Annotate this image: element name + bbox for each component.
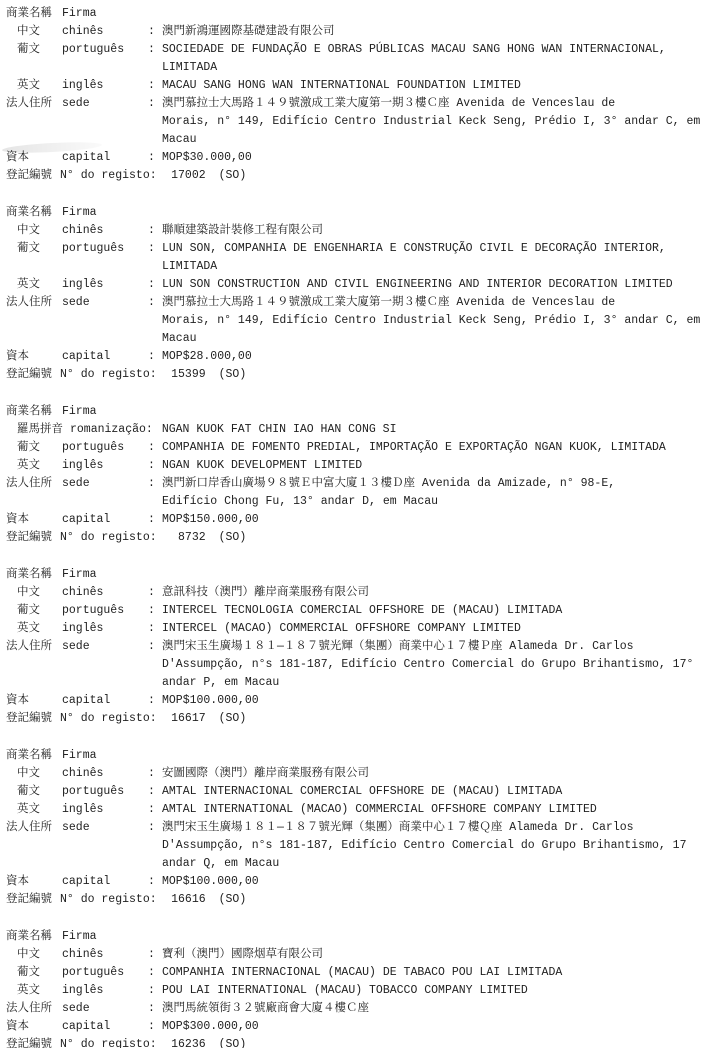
field-label-zh: 英文 — [6, 982, 62, 1000]
field-portuguese-name: 葡文português:LUN SON, COMPANHIA DE ENGENH… — [6, 240, 722, 276]
field-english-name: 英文inglês:NGAN KUOK DEVELOPMENT LIMITED — [6, 457, 722, 475]
field-label-pt: capital — [62, 348, 148, 366]
field-label-pt: capital — [62, 149, 148, 167]
field-label-zh: 法人住所 — [6, 294, 62, 312]
field-value: MACAU SANG HONG WAN INTERNATIONAL FOUNDA… — [162, 77, 722, 95]
field-value: 澳門宋玉生廣場１８１—１８７號光輝（集團）商業中心１７樓Ｑ座 Alameda D… — [162, 819, 722, 873]
field-value-line: Morais, n° 149, Edifício Centro Industri… — [162, 113, 722, 131]
field-label-zh: 資本 — [6, 511, 62, 529]
field-value: MOP$100.000,00 — [162, 873, 722, 891]
registration-number: 8732 — [166, 529, 206, 547]
field-colon: : — [148, 222, 162, 240]
field-value: 意訊科技（澳門）離岸商業服務有限公司 — [162, 584, 722, 602]
field-value-line: Macau — [162, 131, 722, 149]
field-value-line: AMTAL INTERNACIONAL COMERCIAL OFFSHORE D… — [162, 783, 722, 801]
field-label-zh: 法人住所 — [6, 95, 62, 113]
field-colon: : — [148, 23, 162, 41]
field-label-pt: sede — [62, 1000, 148, 1018]
field-value-line: Morais, n° 149, Edifício Centro Industri… — [162, 312, 722, 330]
field-registered-office: 法人住所sede:澳門宋玉生廣場１８１—１８７號光輝（集團）商業中心１７樓Ｑ座 … — [6, 819, 722, 873]
field-label-pt: português — [62, 240, 148, 258]
registration-label-zh: 登記編號 — [6, 891, 52, 909]
field-label-zh: 資本 — [6, 692, 62, 710]
field-value: MOP$28.000,00 — [162, 348, 722, 366]
field-label-zh: 葡文 — [6, 439, 62, 457]
field-value-line: andar P, em Macau — [162, 674, 722, 692]
field-value: INTERCEL (MACAO) COMMERCIAL OFFSHORE COM… — [162, 620, 722, 638]
field-label-zh: 法人住所 — [6, 1000, 62, 1018]
field-label-pt: capital — [62, 511, 148, 529]
registration-label-zh: 登記編號 — [6, 167, 52, 185]
firm-header-row: 商業名稱 Firma — [6, 928, 722, 946]
field-colon: : — [148, 41, 162, 59]
field-value-line: MOP$100.000,00 — [162, 692, 722, 710]
field-value: 澳門宋玉生廣場１８１—１８７號光輝（集團）商業中心１７樓Ｐ座 Alameda D… — [162, 638, 722, 692]
field-label-zh: 資本 — [6, 348, 62, 366]
field-value: COMPANHIA INTERNACIONAL (MACAU) DE TABAC… — [162, 964, 722, 982]
field-label-zh: 葡文 — [6, 964, 62, 982]
field-label-pt: sede — [62, 475, 148, 493]
field-label-pt: chinês — [62, 946, 148, 964]
field-value-line: NGAN KUOK FAT CHIN IAO HAN CONG SI — [162, 421, 397, 439]
field-label-pt: inglês — [62, 620, 148, 638]
field-value-line: 澳門慕拉士大馬路１４９號激成工業大廈第一期３樓Ｃ座 Avenida de Ven… — [162, 294, 722, 312]
field-label-pt: inglês — [62, 77, 148, 95]
firm-label-zh: 商業名稱 — [6, 403, 62, 421]
field-label-pt: chinês — [62, 765, 148, 783]
firm-label-pt: Firma — [62, 928, 148, 946]
field-value-line: COMPANHIA DE FOMENTO PREDIAL, IMPORTAÇÃO… — [162, 439, 722, 457]
field-colon: : — [148, 819, 162, 837]
field-label-zh: 羅馬拼音 — [6, 421, 63, 439]
firm-header-row: 商業名稱 Firma — [6, 747, 722, 765]
field-colon: : — [148, 602, 162, 620]
field-label-pt: capital — [62, 873, 148, 891]
field-colon: : — [148, 692, 162, 710]
field-label-zh: 資本 — [6, 149, 62, 167]
firm-label-zh: 商業名稱 — [6, 5, 62, 23]
field-colon: : — [148, 584, 162, 602]
field-value: COMPANHIA DE FOMENTO PREDIAL, IMPORTAÇÃO… — [162, 439, 722, 457]
field-english-name: 英文inglês:MACAU SANG HONG WAN INTERNATION… — [6, 77, 722, 95]
field-romanization: 羅馬拼音romanização:NGAN KUOK FAT CHIN IAO H… — [6, 421, 722, 439]
registration-label-zh: 登記編號 — [6, 366, 52, 384]
field-colon: : — [148, 638, 162, 656]
field-label-pt: português — [62, 783, 148, 801]
field-label-pt: sede — [62, 294, 148, 312]
field-label-pt: inglês — [62, 457, 148, 475]
registration-label-pt: N° do registo: — [60, 710, 157, 728]
field-capital: 資本capital:MOP$100.000,00 — [6, 692, 722, 710]
field-value-line: LUN SON, COMPANHIA DE ENGENHARIA E CONST… — [162, 240, 722, 258]
registration-label-pt: N° do registo: — [60, 366, 157, 384]
field-colon: : — [148, 77, 162, 95]
field-value: LUN SON CONSTRUCTION AND CIVIL ENGINEERI… — [162, 276, 722, 294]
field-colon: : — [148, 149, 162, 167]
firm-label-zh: 商業名稱 — [6, 747, 62, 765]
field-chinese-name: 中文chinês:澳門新鴻運國際基礎建設有限公司 — [6, 23, 722, 41]
field-value: 澳門新口岸香山廣場９８號Ｅ中富大廈１３樓Ｄ座 Avenida da Amizad… — [162, 475, 722, 511]
registration-number: 16236 — [166, 1036, 206, 1048]
field-label-zh: 資本 — [6, 1018, 62, 1036]
field-chinese-name: 中文chinês:寶利（澳門）國際烟草有限公司 — [6, 946, 722, 964]
field-value: MOP$30.000,00 — [162, 149, 722, 167]
field-label-pt: capital — [62, 692, 148, 710]
field-label-pt: português — [62, 439, 148, 457]
field-value: LUN SON, COMPANHIA DE ENGENHARIA E CONST… — [162, 240, 722, 276]
field-english-name: 英文inglês:LUN SON CONSTRUCTION AND CIVIL … — [6, 276, 722, 294]
field-value: MOP$150.000,00 — [162, 511, 722, 529]
field-value-line: MOP$100.000,00 — [162, 873, 722, 891]
field-colon: : — [148, 801, 162, 819]
field-value-line: NGAN KUOK DEVELOPMENT LIMITED — [162, 457, 722, 475]
registration-suffix: (SO) — [219, 167, 247, 185]
field-value-line: 聯順建築設計裝修工程有限公司 — [162, 222, 722, 240]
field-registration-number: 登記編號N° do registo:17002(SO) — [6, 167, 722, 185]
firm-header-row: 商業名稱 Firma — [6, 403, 722, 421]
field-value: 聯順建築設計裝修工程有限公司 — [162, 222, 722, 240]
field-value: MOP$100.000,00 — [162, 692, 722, 710]
field-label-pt: romanização: — [70, 421, 153, 439]
field-label-zh: 法人住所 — [6, 475, 62, 493]
field-label-zh: 法人住所 — [6, 819, 62, 837]
firm-label-pt: Firma — [62, 403, 148, 421]
field-registered-office: 法人住所sede:澳門慕拉士大馬路１４９號激成工業大廈第一期３樓Ｃ座 Aveni… — [6, 95, 722, 149]
field-value: 澳門慕拉士大馬路１４９號激成工業大廈第一期３樓Ｃ座 Avenida de Ven… — [162, 95, 722, 149]
company-entries: 商業名稱 Firma 中文chinês:澳門新鴻運國際基礎建設有限公司葡文por… — [6, 5, 722, 1048]
field-value: NGAN KUOK FAT CHIN IAO HAN CONG SI — [162, 421, 397, 439]
firm-label-pt: Firma — [62, 204, 148, 222]
field-colon: : — [148, 457, 162, 475]
field-value-line: INTERCEL (MACAO) COMMERCIAL OFFSHORE COM… — [162, 620, 722, 638]
field-colon: : — [148, 240, 162, 258]
registration-label-zh: 登記編號 — [6, 529, 52, 547]
field-label-zh: 資本 — [6, 873, 62, 891]
field-label-zh: 英文 — [6, 620, 62, 638]
registration-suffix: (SO) — [219, 710, 247, 728]
firm-header-row: 商業名稱 Firma — [6, 566, 722, 584]
field-registered-office: 法人住所sede:澳門宋玉生廣場１８１—１８７號光輝（集團）商業中心１７樓Ｐ座 … — [6, 638, 722, 692]
field-value-line: MACAU SANG HONG WAN INTERNATIONAL FOUNDA… — [162, 77, 722, 95]
field-value: POU LAI INTERNATIONAL (MACAU) TOBACCO CO… — [162, 982, 722, 1000]
field-value-line: Macau — [162, 330, 722, 348]
field-colon: : — [148, 620, 162, 638]
registration-suffix: (SO) — [219, 366, 247, 384]
field-value-line: 寶利（澳門）國際烟草有限公司 — [162, 946, 722, 964]
field-value-line: LUN SON CONSTRUCTION AND CIVIL ENGINEERI… — [162, 276, 722, 294]
field-label-zh: 中文 — [6, 23, 62, 41]
registration-number: 16617 — [166, 710, 206, 728]
field-label-pt: português — [62, 964, 148, 982]
field-colon: : — [148, 982, 162, 1000]
field-label-zh: 英文 — [6, 457, 62, 475]
field-chinese-name: 中文chinês:安圖國際（澳門）離岸商業服務有限公司 — [6, 765, 722, 783]
field-value-line: 安圖國際（澳門）離岸商業服務有限公司 — [162, 765, 722, 783]
field-value-line: D'Assumpção, n°s 181-187, Edifício Centr… — [162, 837, 722, 855]
firm-label-pt: Firma — [62, 5, 148, 23]
firm-header-row: 商業名稱 Firma — [6, 204, 722, 222]
field-chinese-name: 中文chinês:意訊科技（澳門）離岸商業服務有限公司 — [6, 584, 722, 602]
field-label-pt: português — [62, 41, 148, 59]
field-value-line: 澳門馬統領街３２號廠商會大廈４樓Ｃ座 — [162, 1000, 722, 1018]
field-colon: : — [148, 294, 162, 312]
field-label-pt: sede — [62, 95, 148, 113]
field-colon: : — [148, 1000, 162, 1018]
field-registration-number: 登記編號N° do registo:16617(SO) — [6, 710, 722, 728]
field-value-line: POU LAI INTERNATIONAL (MACAU) TOBACCO CO… — [162, 982, 722, 1000]
registration-label-pt: N° do registo: — [60, 891, 157, 909]
field-registered-office: 法人住所sede:澳門新口岸香山廣場９８號Ｅ中富大廈１３樓Ｄ座 Avenida … — [6, 475, 722, 511]
field-value-line: SOCIEDADE DE FUNDAÇÃO E OBRAS PÚBLICAS M… — [162, 41, 722, 59]
field-portuguese-name: 葡文português:SOCIEDADE DE FUNDAÇÃO E OBRA… — [6, 41, 722, 77]
field-value: AMTAL INTERNATIONAL (MACAO) COMMERCIAL O… — [162, 801, 722, 819]
field-portuguese-name: 葡文português:AMTAL INTERNACIONAL COMERCIA… — [6, 783, 722, 801]
registration-number: 15399 — [166, 366, 206, 384]
field-value-line: LIMITADA — [162, 258, 722, 276]
field-colon: : — [148, 475, 162, 493]
field-portuguese-name: 葡文português:INTERCEL TECNOLOGIA COMERCIA… — [6, 602, 722, 620]
field-value: 澳門新鴻運國際基礎建設有限公司 — [162, 23, 722, 41]
field-value-line: AMTAL INTERNATIONAL (MACAO) COMMERCIAL O… — [162, 801, 722, 819]
firm-label-pt: Firma — [62, 566, 148, 584]
field-label-zh: 葡文 — [6, 41, 62, 59]
field-value-line: 澳門宋玉生廣場１８１—１８７號光輝（集團）商業中心１７樓Ｐ座 Alameda D… — [162, 638, 722, 656]
field-colon: : — [148, 511, 162, 529]
company-entry: 商業名稱 Firma 中文chinês:寶利（澳門）國際烟草有限公司葡文port… — [6, 928, 722, 1048]
field-registered-office: 法人住所sede:澳門慕拉士大馬路１４９號激成工業大廈第一期３樓Ｃ座 Aveni… — [6, 294, 722, 348]
field-value-line: 澳門新口岸香山廣場９８號Ｅ中富大廈１３樓Ｄ座 Avenida da Amizad… — [162, 475, 722, 493]
field-value-line: 澳門新鴻運國際基礎建設有限公司 — [162, 23, 722, 41]
firm-label-zh: 商業名稱 — [6, 566, 62, 584]
field-value: SOCIEDADE DE FUNDAÇÃO E OBRAS PÚBLICAS M… — [162, 41, 722, 77]
field-portuguese-name: 葡文português:COMPANHIA DE FOMENTO PREDIAL… — [6, 439, 722, 457]
field-colon: : — [148, 276, 162, 294]
registration-label-pt: N° do registo: — [60, 529, 157, 547]
field-label-pt: inglês — [62, 801, 148, 819]
firm-label-pt: Firma — [62, 747, 148, 765]
field-value: 澳門慕拉士大馬路１４９號激成工業大廈第一期３樓Ｃ座 Avenida de Ven… — [162, 294, 722, 348]
field-registration-number: 登記編號N° do registo:16236(SO) — [6, 1036, 722, 1048]
field-label-pt: chinês — [62, 222, 148, 240]
field-label-zh: 葡文 — [6, 240, 62, 258]
field-value: AMTAL INTERNACIONAL COMERCIAL OFFSHORE D… — [162, 783, 722, 801]
field-value-line: MOP$300.000,00 — [162, 1018, 722, 1036]
field-value: 澳門馬統領街３２號廠商會大廈４樓Ｃ座 — [162, 1000, 722, 1018]
field-label-pt: inglês — [62, 982, 148, 1000]
field-label-pt: chinês — [62, 23, 148, 41]
registration-label-pt: N° do registo: — [60, 167, 157, 185]
field-registered-office: 法人住所sede:澳門馬統領街３２號廠商會大廈４樓Ｃ座 — [6, 1000, 722, 1018]
field-value-line: MOP$30.000,00 — [162, 149, 722, 167]
field-label-pt: inglês — [62, 276, 148, 294]
field-value-line: 澳門慕拉士大馬路１４９號激成工業大廈第一期３樓Ｃ座 Avenida de Ven… — [162, 95, 722, 113]
field-label-zh: 法人住所 — [6, 638, 62, 656]
field-label-pt: capital — [62, 1018, 148, 1036]
field-capital: 資本capital:MOP$300.000,00 — [6, 1018, 722, 1036]
field-colon: : — [148, 439, 162, 457]
field-value-line: INTERCEL TECNOLOGIA COMERCIAL OFFSHORE D… — [162, 602, 722, 620]
field-english-name: 英文inglês:POU LAI INTERNATIONAL (MACAU) T… — [6, 982, 722, 1000]
registration-label-pt: N° do registo: — [60, 1036, 157, 1048]
field-capital: 資本capital:MOP$28.000,00 — [6, 348, 722, 366]
field-value-line: Edifício Chong Fu, 13° andar D, em Macau — [162, 493, 722, 511]
field-label-zh: 英文 — [6, 801, 62, 819]
firm-header-row: 商業名稱 Firma — [6, 5, 722, 23]
field-value-line: LIMITADA — [162, 59, 722, 77]
registration-suffix: (SO) — [219, 529, 247, 547]
registration-number: 17002 — [166, 167, 206, 185]
field-value: MOP$300.000,00 — [162, 1018, 722, 1036]
field-value-line: COMPANHIA INTERNACIONAL (MACAU) DE TABAC… — [162, 964, 722, 982]
field-label-zh: 葡文 — [6, 783, 62, 801]
registry-document-page: 商業名稱 Firma 中文chinês:澳門新鴻運國際基礎建設有限公司葡文por… — [0, 0, 722, 1048]
field-colon: : — [148, 783, 162, 801]
field-value-line: 意訊科技（澳門）離岸商業服務有限公司 — [162, 584, 722, 602]
field-value: 寶利（澳門）國際烟草有限公司 — [162, 946, 722, 964]
field-label-pt: chinês — [62, 584, 148, 602]
field-colon: : — [148, 765, 162, 783]
field-registration-number: 登記編號N° do registo:15399(SO) — [6, 366, 722, 384]
field-value-line: andar Q, em Macau — [162, 855, 722, 873]
registration-suffix: (SO) — [219, 891, 247, 909]
company-entry: 商業名稱 Firma 中文chinês:安圖國際（澳門）離岸商業服務有限公司葡文… — [6, 747, 722, 909]
field-label-zh: 英文 — [6, 77, 62, 95]
field-capital: 資本capital:MOP$150.000,00 — [6, 511, 722, 529]
field-value-line: 澳門宋玉生廣場１８１—１８７號光輝（集團）商業中心１７樓Ｑ座 Alameda D… — [162, 819, 722, 837]
field-colon: : — [148, 95, 162, 113]
field-registration-number: 登記編號N° do registo:16616(SO) — [6, 891, 722, 909]
firm-label-zh: 商業名稱 — [6, 204, 62, 222]
field-english-name: 英文inglês:INTERCEL (MACAO) COMMERCIAL OFF… — [6, 620, 722, 638]
field-colon: : — [148, 348, 162, 366]
company-entry: 商業名稱 Firma 中文chinês:聯順建築設計裝修工程有限公司葡文port… — [6, 204, 722, 384]
field-label-zh: 中文 — [6, 765, 62, 783]
registration-suffix: (SO) — [219, 1036, 247, 1048]
field-capital: 資本capital:MOP$30.000,00 — [6, 149, 722, 167]
field-label-pt: sede — [62, 819, 148, 837]
registration-label-zh: 登記編號 — [6, 710, 52, 728]
field-label-zh: 中文 — [6, 946, 62, 964]
field-colon: : — [148, 964, 162, 982]
field-label-zh: 葡文 — [6, 602, 62, 620]
field-registration-number: 登記編號N° do registo:8732(SO) — [6, 529, 722, 547]
company-entry: 商業名稱 Firma 羅馬拼音romanização:NGAN KUOK FAT… — [6, 403, 722, 547]
field-value-line: MOP$150.000,00 — [162, 511, 722, 529]
field-value: INTERCEL TECNOLOGIA COMERCIAL OFFSHORE D… — [162, 602, 722, 620]
field-label-pt: português — [62, 602, 148, 620]
field-value: NGAN KUOK DEVELOPMENT LIMITED — [162, 457, 722, 475]
company-entry: 商業名稱 Firma 中文chinês:澳門新鴻運國際基礎建設有限公司葡文por… — [6, 5, 722, 185]
field-colon: : — [148, 946, 162, 964]
field-value: 安圖國際（澳門）離岸商業服務有限公司 — [162, 765, 722, 783]
field-value-line: MOP$28.000,00 — [162, 348, 722, 366]
field-english-name: 英文inglês:AMTAL INTERNATIONAL (MACAO) COM… — [6, 801, 722, 819]
registration-number: 16616 — [166, 891, 206, 909]
field-label-pt: sede — [62, 638, 148, 656]
field-colon: : — [148, 873, 162, 891]
field-portuguese-name: 葡文português:COMPANHIA INTERNACIONAL (MAC… — [6, 964, 722, 982]
field-chinese-name: 中文chinês:聯順建築設計裝修工程有限公司 — [6, 222, 722, 240]
company-entry: 商業名稱 Firma 中文chinês:意訊科技（澳門）離岸商業服務有限公司葡文… — [6, 566, 722, 728]
field-colon: : — [148, 1018, 162, 1036]
registration-label-zh: 登記編號 — [6, 1036, 52, 1048]
field-label-zh: 中文 — [6, 222, 62, 240]
firm-label-zh: 商業名稱 — [6, 928, 62, 946]
field-label-zh: 中文 — [6, 584, 62, 602]
field-label-zh: 英文 — [6, 276, 62, 294]
field-value-line: D'Assumpção, n°s 181-187, Edifício Centr… — [162, 656, 722, 674]
field-capital: 資本capital:MOP$100.000,00 — [6, 873, 722, 891]
